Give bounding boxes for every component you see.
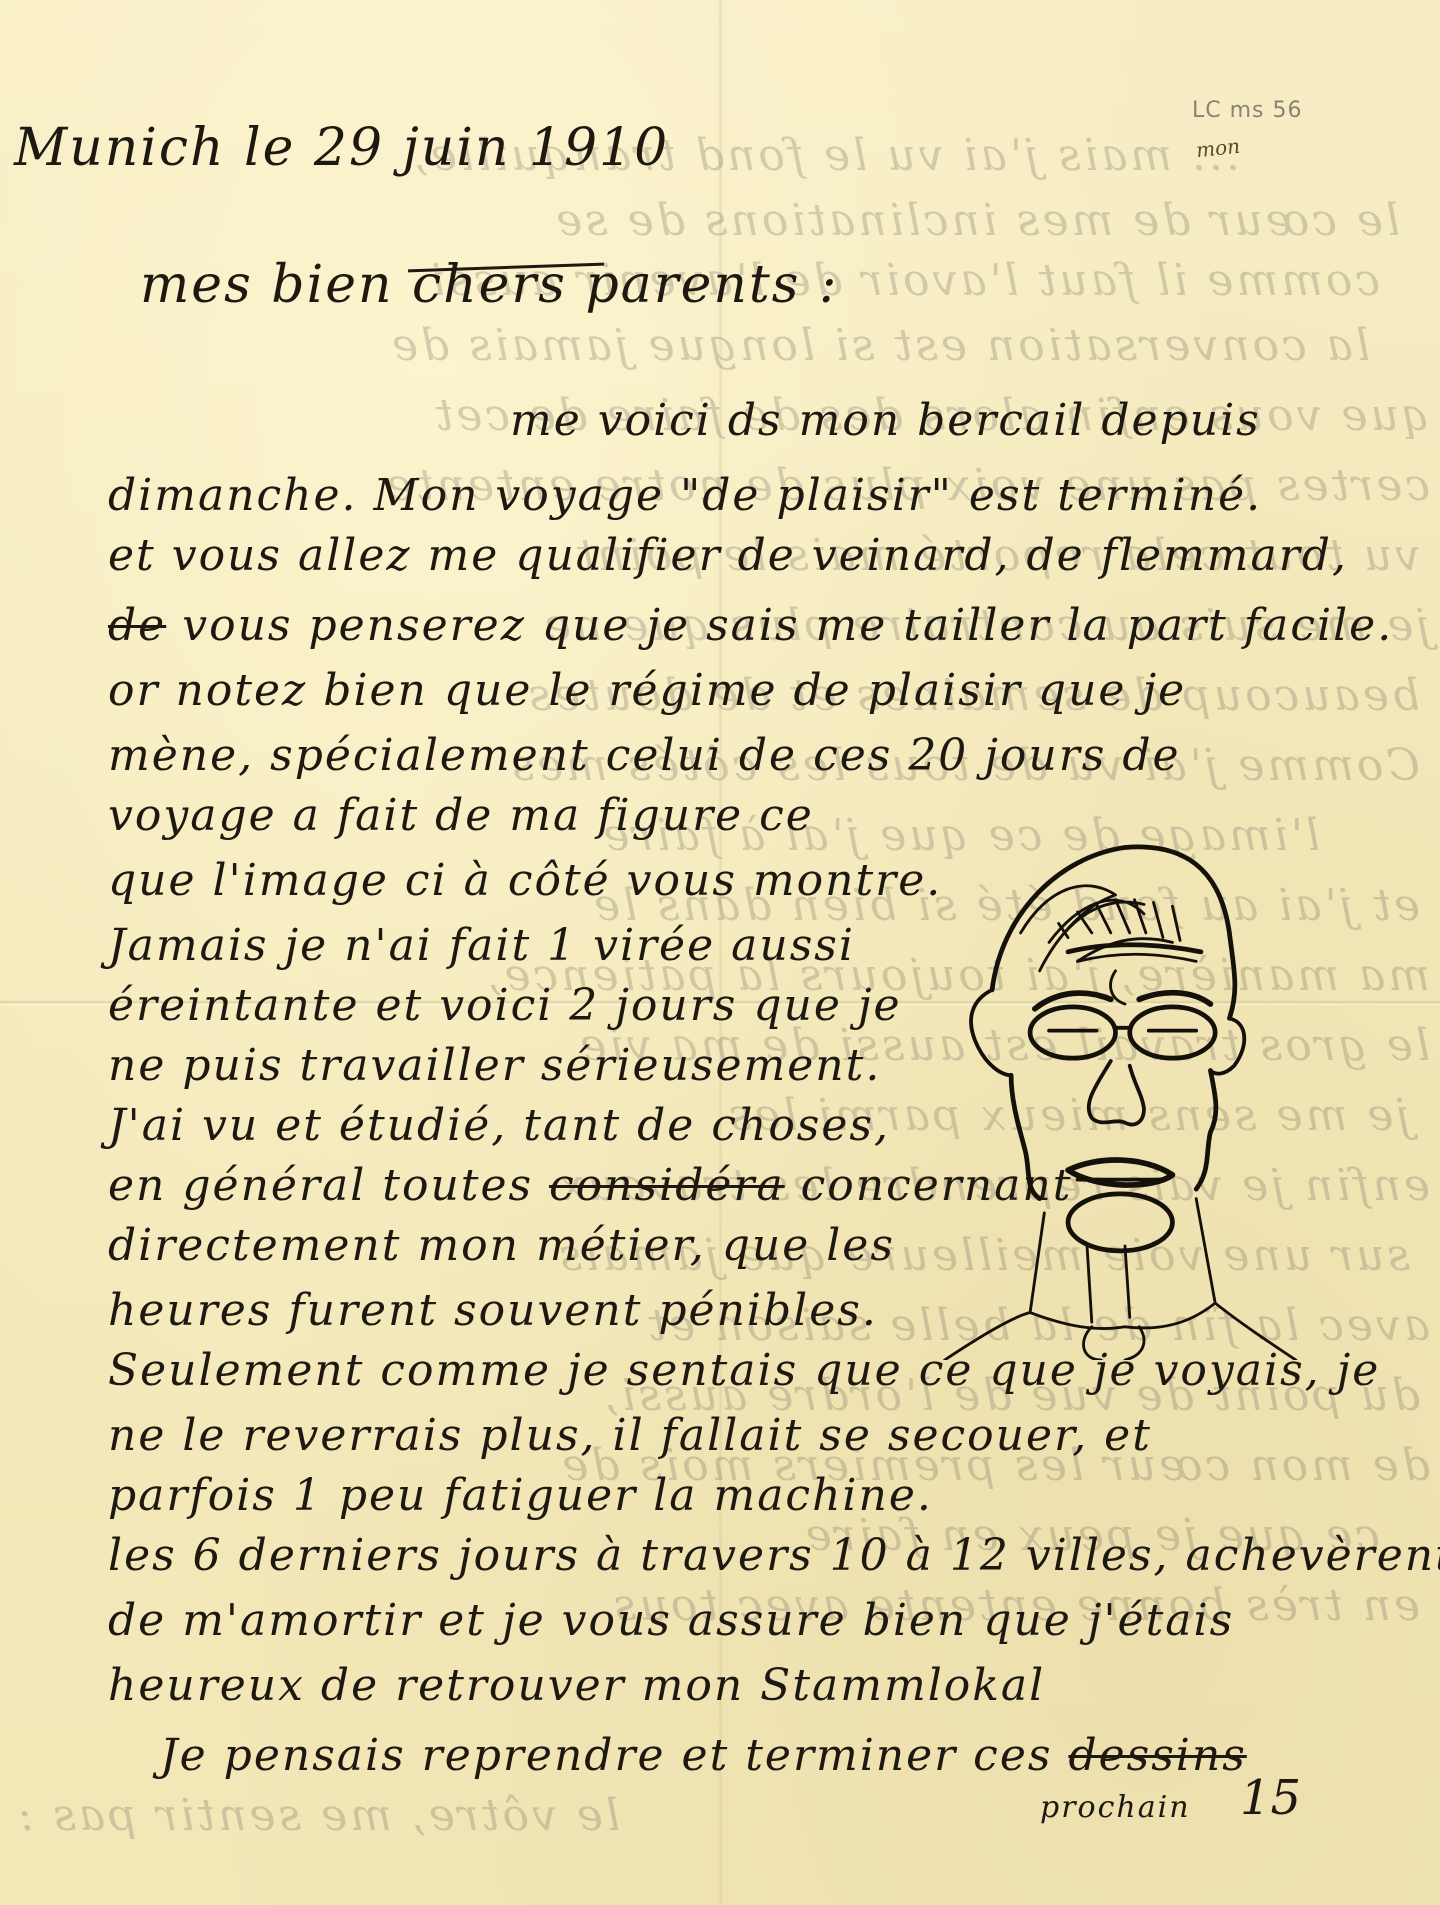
letter-page: ... mais j'ai vu le fond tranquille, le …	[0, 0, 1440, 1905]
bleed-line: la conversation est si longue jamais de	[389, 320, 1370, 371]
body-line-11: ne puis travailler sérieusement.	[108, 1040, 881, 1091]
body-line-22-text: Je pensais reprendre et terminer ces	[160, 1730, 1068, 1781]
place-date: Munich le 29 juin 1910	[14, 118, 669, 178]
body-line-10: éreintante et voici 2 jours que je	[108, 980, 902, 1031]
body-line-3: et vous allez me qualifier de veinard, d…	[108, 530, 1348, 581]
struck-word: considéra	[549, 1160, 785, 1211]
body-line-22: Je pensais reprendre et terminer ces des…	[160, 1730, 1247, 1781]
body-line-6: mène, spécialement celui de ces 20 jours…	[108, 730, 1181, 781]
salutation: mes bien chers parents :	[140, 255, 839, 315]
bleed-line: le cœur de mes inclinations de se	[553, 195, 1400, 246]
body-line-20: de m'amortir et je vous assure bien que …	[108, 1595, 1234, 1646]
bleed-line: le vôtre, me sentir pas :	[16, 1790, 620, 1841]
body-line-2: dimanche. Mon voyage "de plaisir" est te…	[108, 470, 1262, 521]
portrait-sketch	[935, 800, 1315, 1360]
interlinear-insertion: prochain	[1040, 1790, 1191, 1825]
archive-annotation: mon	[1195, 134, 1241, 162]
body-line-4-text: vous penserez que je sais me tailler la …	[182, 600, 1393, 651]
body-line-7: voyage a fait de ma figure ce	[108, 790, 814, 841]
body-line-14: directement mon métier, que les	[108, 1220, 895, 1271]
body-line-1: me voici ds mon bercail depuis	[510, 395, 1261, 446]
body-line-13: en général toutes considéra concernant	[108, 1160, 1072, 1211]
archive-shelfmark: LC ms 56	[1192, 98, 1303, 123]
body-line-21: heureux de retrouver mon Stammlokal	[108, 1660, 1045, 1711]
body-line-9: Jamais je n'ai fait 1 virée aussi	[108, 920, 855, 971]
body-line-4: de vous penserez que je sais me tailler …	[108, 600, 1393, 651]
struck-word: de	[108, 600, 166, 651]
body-line-15: heures furent souvent pénibles.	[108, 1285, 878, 1336]
struck-word: dessins	[1068, 1730, 1246, 1781]
body-line-18: parfois 1 peu fatiguer la machine.	[108, 1470, 933, 1521]
body-line-5: or notez bien que le régime de plaisir q…	[108, 665, 1186, 716]
body-line-13-text-a: en général toutes	[108, 1160, 549, 1211]
body-line-8: que l'image ci à côté vous montre.	[108, 855, 942, 906]
body-line-12: J'ai vu et étudié, tant de choses,	[108, 1100, 890, 1151]
body-line-17: ne le reverrais plus, il fallait se seco…	[108, 1410, 1152, 1461]
body-line-19: les 6 derniers jours à travers 10 à 12 v…	[108, 1530, 1440, 1581]
page-number: 15	[1240, 1770, 1301, 1826]
